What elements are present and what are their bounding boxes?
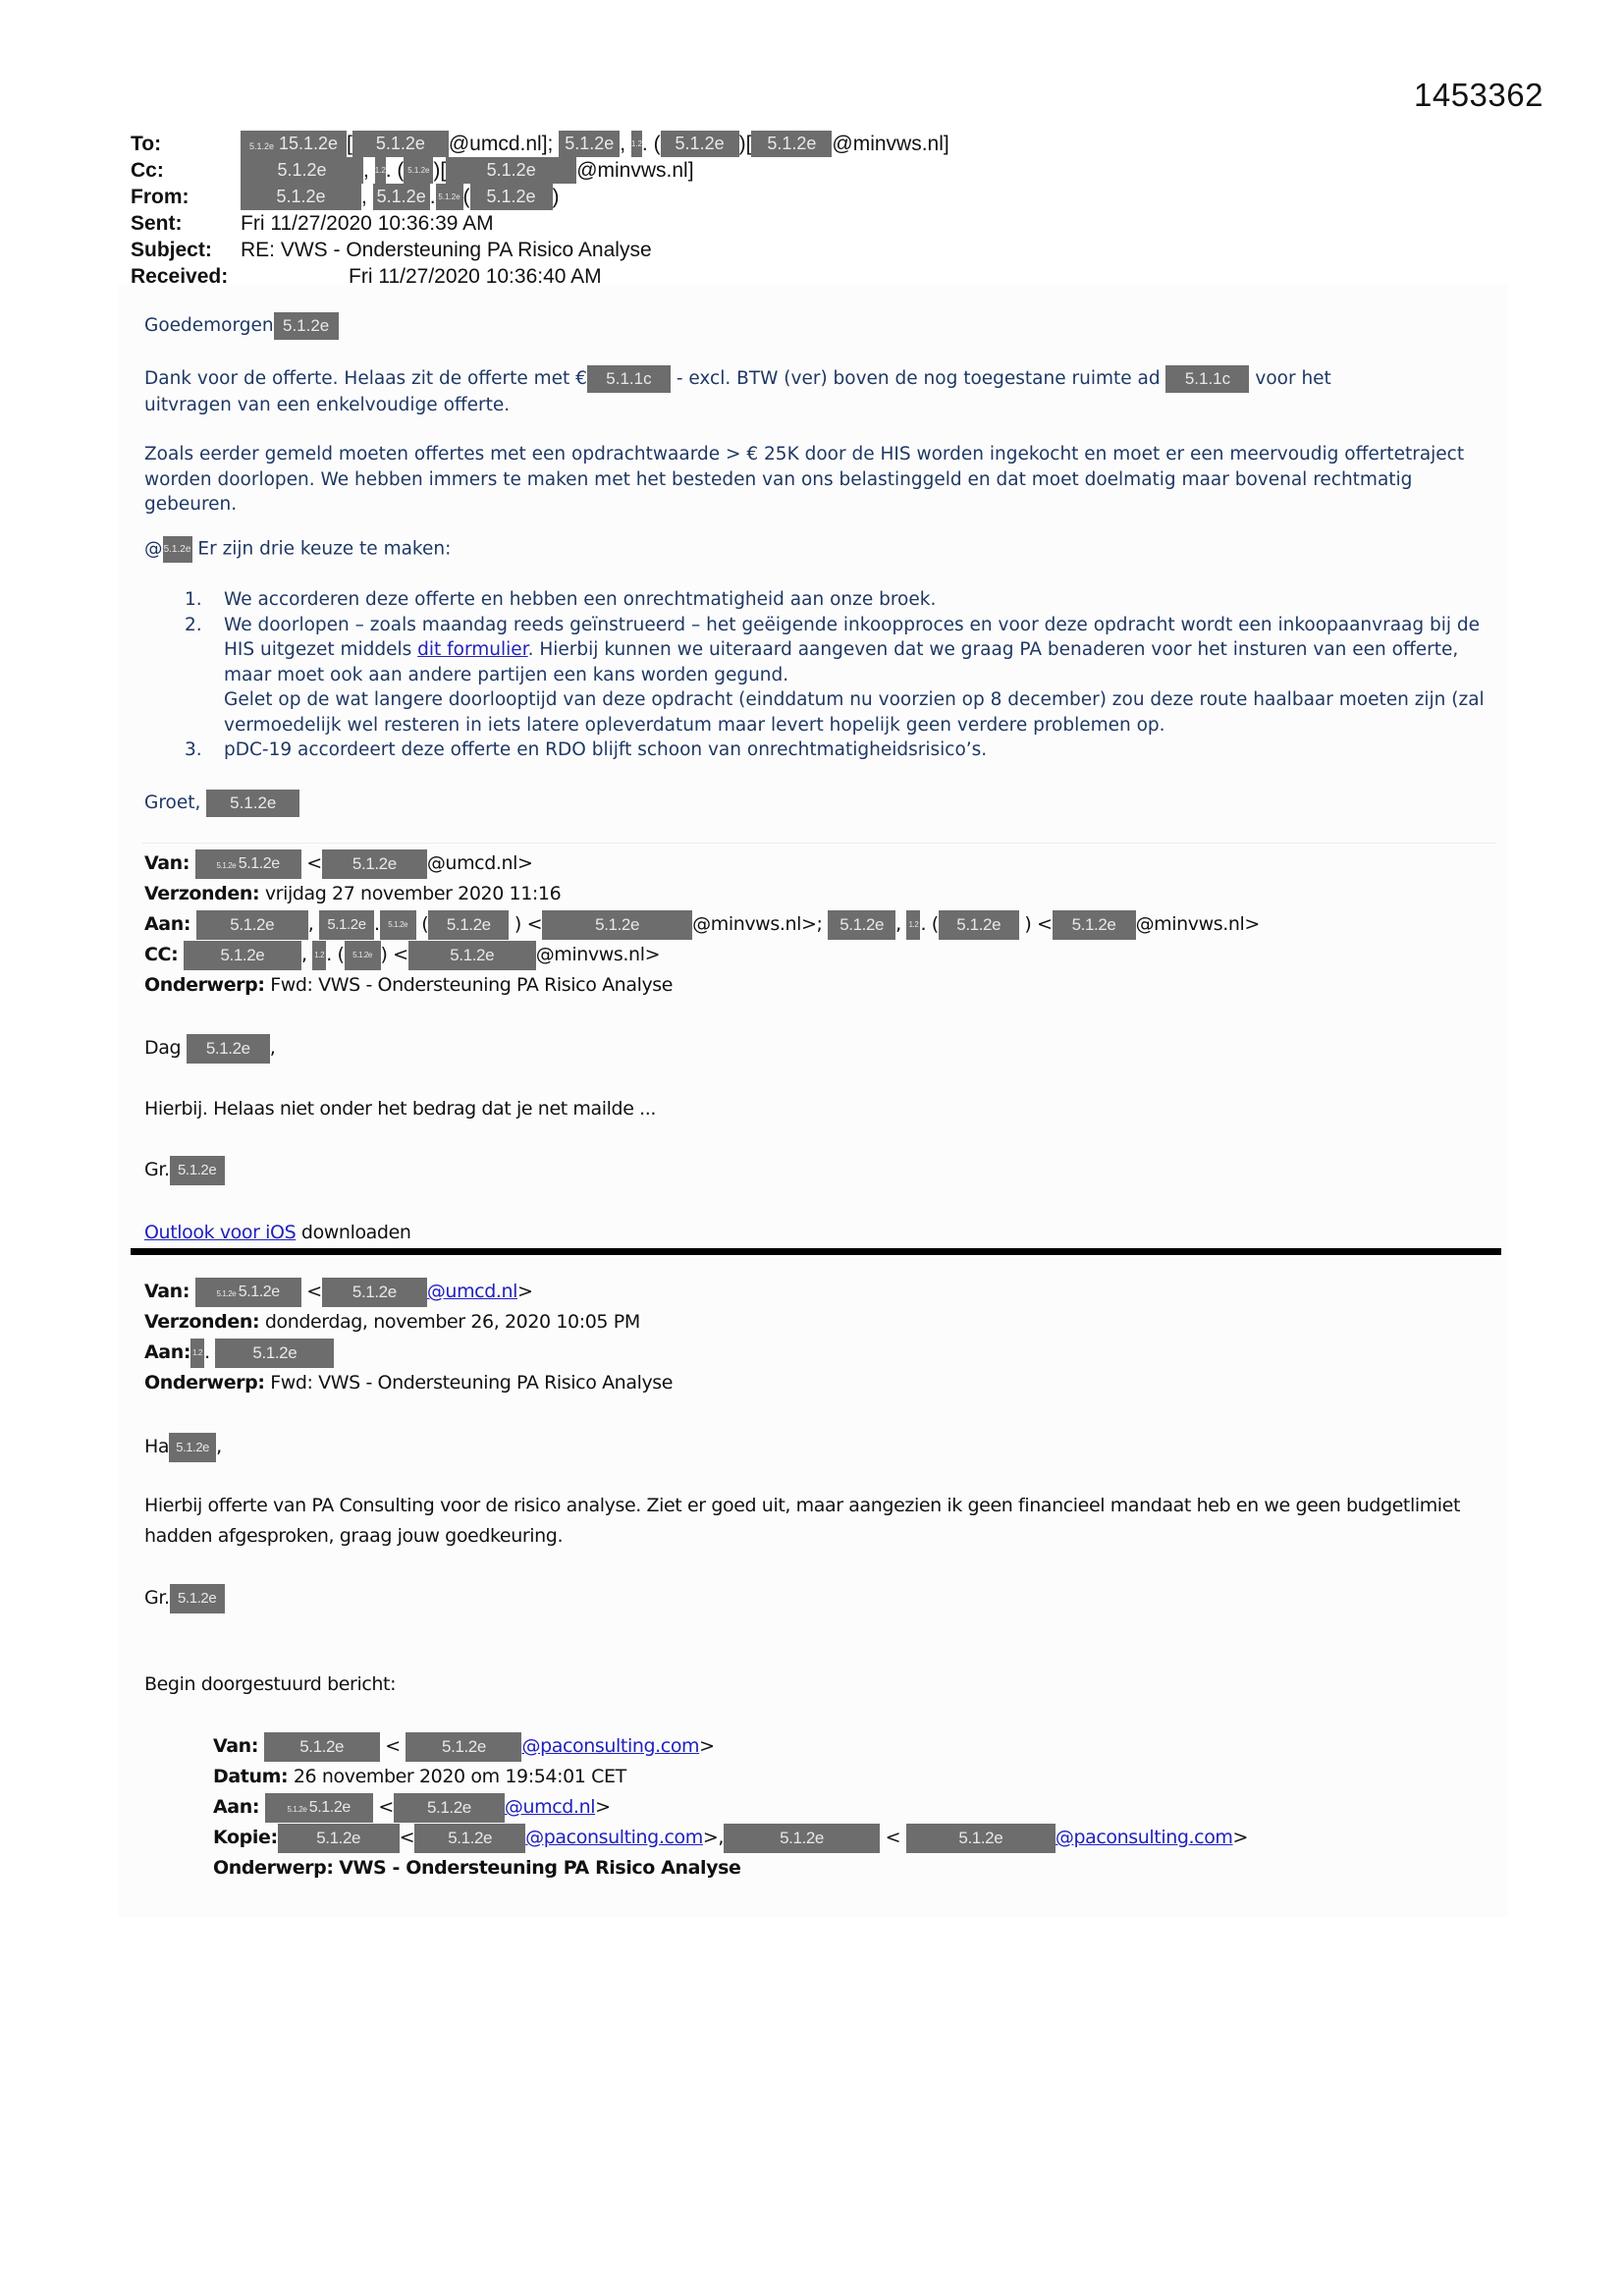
redaction: 5.1.2e [1053,910,1136,940]
fwd1-aan-row: Aan: 5.1.2e, 5.1.2e.5.1.2e (5.1.2e ) <5.… [144,909,1260,940]
redaction: 5.1.2e [724,1824,880,1853]
fwd1-greeting: Dag 5.1.2e, [144,1033,275,1064]
original-datum-row: Datum: 26 november 2020 om 19:54:01 CET [213,1762,1248,1792]
redaction: 5.1.2e [163,536,192,563]
email-header: To: 5.1.2e 15.1.2e [ 5.1.2e @umcd.nl]; 5… [131,131,949,290]
redaction: 5.1.2e 5.1.2e [195,849,301,879]
redaction: 5.1.2e [196,910,308,940]
original-kopie-row: Kopie:5.1.2e<5.1.2e@paconsulting.com>,5.… [213,1823,1248,1853]
fwd2-van-row: Van: 5.1.2e 5.1.2e <5.1.2e@umcd.nl> [144,1277,673,1307]
fwd2-aan-row: Aan:1.2. 5.1.2e [144,1338,673,1368]
redaction: 1.2 [631,131,642,157]
redaction: 5.1.2e [559,131,620,157]
umcd-link[interactable]: @umcd.nl [505,1796,595,1818]
paconsulting-link[interactable]: @paconsulting.com [521,1735,699,1757]
choice-item: 1.We accorderen deze offerte en hebben e… [185,587,1500,613]
fwd1-closing: Gr.5.1.2e [144,1155,225,1185]
fwd2-verzonden-row: Verzonden: donderdag, november 26, 2020 … [144,1307,673,1338]
redaction: 5.1.2e 15.1.2e [241,131,347,157]
header-sent-row: Sent: Fri 11/27/2020 10:36:39 AM [131,210,949,237]
header-to-row: To: 5.1.2e 15.1.2e [ 5.1.2e @umcd.nl]; 5… [131,131,949,157]
redaction: 5.1.2e [542,910,692,940]
redaction: 5.1.2e [751,131,832,157]
outlook-ios-link[interactable]: Outlook voor iOS [144,1222,296,1243]
redaction: 5.1.2e [345,941,381,970]
fwd1-body: Hierbij. Helaas niet onder het bedrag da… [144,1094,656,1124]
from-label: From: [131,184,241,210]
redaction: 5.1.2e [322,1278,427,1307]
fwd1-header: Van: 5.1.2e 5.1.2e <5.1.2e@umcd.nl> Verz… [144,848,1260,1001]
choice-list: 1.We accorderen deze offerte en hebben e… [185,587,1500,763]
redaction: 5.1.2e [169,1433,216,1462]
fwd1-outlook: Outlook voor iOS downloaden [144,1218,411,1248]
original-header: Van: 5.1.2e < 5.1.2e@paconsulting.com> D… [213,1731,1248,1884]
sent-label: Sent: [131,210,241,237]
fwd2-body: Hierbij offerte van PA Consulting voor d… [144,1491,1499,1552]
received-value: Fri 11/27/2020 10:36:40 AM [349,263,602,290]
fwd1-verzonden-row: Verzonden: vrijdag 27 november 2020 11:1… [144,879,1260,909]
fwd2-header: Van: 5.1.2e 5.1.2e <5.1.2e@umcd.nl> Verz… [144,1277,673,1398]
redaction: 5.1.2e [470,184,553,210]
redaction: 5.1.2e [215,1339,334,1368]
original-aan-row: Aan: 5.1.2e 5.1.2e <5.1.2e@umcd.nl> [213,1792,1248,1823]
fwd2-greeting: Ha5.1.2e, [144,1432,222,1462]
redaction: 1.2 [375,157,386,184]
paconsulting-link[interactable]: @paconsulting.com [525,1827,703,1848]
header-subject-row: Subject: RE: VWS - Ondersteuning PA Risi… [131,237,949,263]
reply-paragraph-2: Zoals eerder gemeld moeten offertes met … [144,442,1489,518]
redaction: 5.1.2e [170,1156,225,1185]
redaction: 5.1.2e [278,1824,400,1853]
fwd1-onderwerp-row: Onderwerp: Fwd: VWS - Ondersteuning PA R… [144,970,1260,1001]
redaction: 5.1.2e [264,1732,380,1762]
fwd2-closing: Gr.5.1.2e [144,1583,225,1613]
redaction: 5.1.2e 5.1.2e [265,1793,373,1823]
redaction: 5.1.2e [661,131,739,157]
fwd1-van-row: Van: 5.1.2e 5.1.2e <5.1.2e@umcd.nl> [144,848,1260,879]
redaction: 5.1.2e [241,157,363,184]
cc-value: 5.1.2e , 1.2 . ( 5.1.2e )[ 5.1.2e @minvw… [241,157,694,184]
redaction: 5.1.2e [241,184,361,210]
reply-paragraph-1: Dank voor de offerte. Helaas zit de offe… [144,365,1489,418]
sent-value: Fri 11/27/2020 10:36:39 AM [241,210,494,237]
redaction: 5.1.2e 5.1.2e [195,1278,301,1307]
separator [142,843,1495,844]
redaction: 5.1.2e [170,1584,225,1613]
choice-item: 2.We doorlopen – zoals maandag reeds geï… [185,613,1500,738]
redaction: 5.1.2e [408,941,536,970]
document-number: 1453362 [1414,77,1543,114]
redaction: 5.1.2e [446,157,576,184]
redaction: 5.1.2e [322,849,427,879]
fwd1-cc-row: CC: 5.1.2e, 1.2. (5.1.2e) <5.1.2e@minvws… [144,940,1260,970]
redaction: 5.1.1c [587,365,671,393]
redaction: 5.1.2e [206,790,299,817]
redaction: 5.1.2e [373,184,430,210]
forward-intro: Begin doorgestuurd bericht: [144,1669,396,1700]
choice-item: 3.pDC-19 accordeert deze offerte en RDO … [185,738,1500,763]
redaction: 5.1.2e [274,312,339,340]
redaction: 5.1.2e [394,1793,505,1823]
reply-greeting: Goedemorgen5.1.2e [144,312,339,340]
redaction: 5.1.2e [414,1824,525,1853]
redaction: 5.1.2e [906,1824,1056,1853]
redaction: 5.1.2e [319,910,374,940]
cc-label: Cc: [131,157,241,184]
redaction: 5.1.2e [404,157,433,184]
redaction: 5.1.2e [352,131,449,157]
redaction: 5.1.2e [187,1034,270,1064]
received-label: Received: [131,263,241,290]
redaction: 1.2 [190,1339,204,1368]
redaction: 5.1.2e [828,910,895,940]
to-label: To: [131,131,241,157]
form-link[interactable]: dit formulier [417,639,527,660]
redaction: 5.1.1c [1165,365,1249,393]
subject-value: RE: VWS - Ondersteuning PA Risico Analys… [241,237,652,263]
header-from-row: From: 5.1.2e , 5.1.2e . 5.1.2e ( 5.1.2e … [131,184,949,210]
original-van-row: Van: 5.1.2e < 5.1.2e@paconsulting.com> [213,1731,1248,1762]
redaction: 5.1.2e [939,910,1019,940]
fwd2-onderwerp-row: Onderwerp: Fwd: VWS - Ondersteuning PA R… [144,1368,673,1398]
paconsulting-link[interactable]: @paconsulting.com [1056,1827,1233,1848]
from-value: 5.1.2e , 5.1.2e . 5.1.2e ( 5.1.2e ) [241,184,560,210]
redaction: 1.2 [312,941,326,970]
redaction: 5.1.2e [428,910,509,940]
redaction: 5.1.2e [184,941,301,970]
header-cc-row: Cc: 5.1.2e , 1.2 . ( 5.1.2e )[ 5.1.2e @m… [131,157,949,184]
subject-label: Subject: [131,237,241,263]
redaction: 5.1.2e [380,910,416,940]
redaction: 5.1.2e [406,1732,521,1762]
to-value: 5.1.2e 15.1.2e [ 5.1.2e @umcd.nl]; 5.1.2… [241,131,949,157]
redaction: 5.1.2e [436,184,463,210]
reply-mention: @5.1.2e Er zijn drie keuze te maken: [144,536,451,563]
header-received-row: Received: Fri 11/27/2020 10:36:40 AM [131,263,949,290]
reply-closing: Groet, 5.1.2e [144,790,299,817]
umcd-link[interactable]: @umcd.nl [427,1281,517,1302]
original-onderwerp-row: Onderwerp: VWS - Ondersteuning PA Risico… [213,1853,1248,1884]
redaction: 1.2 [906,910,920,940]
thick-separator [131,1248,1501,1255]
